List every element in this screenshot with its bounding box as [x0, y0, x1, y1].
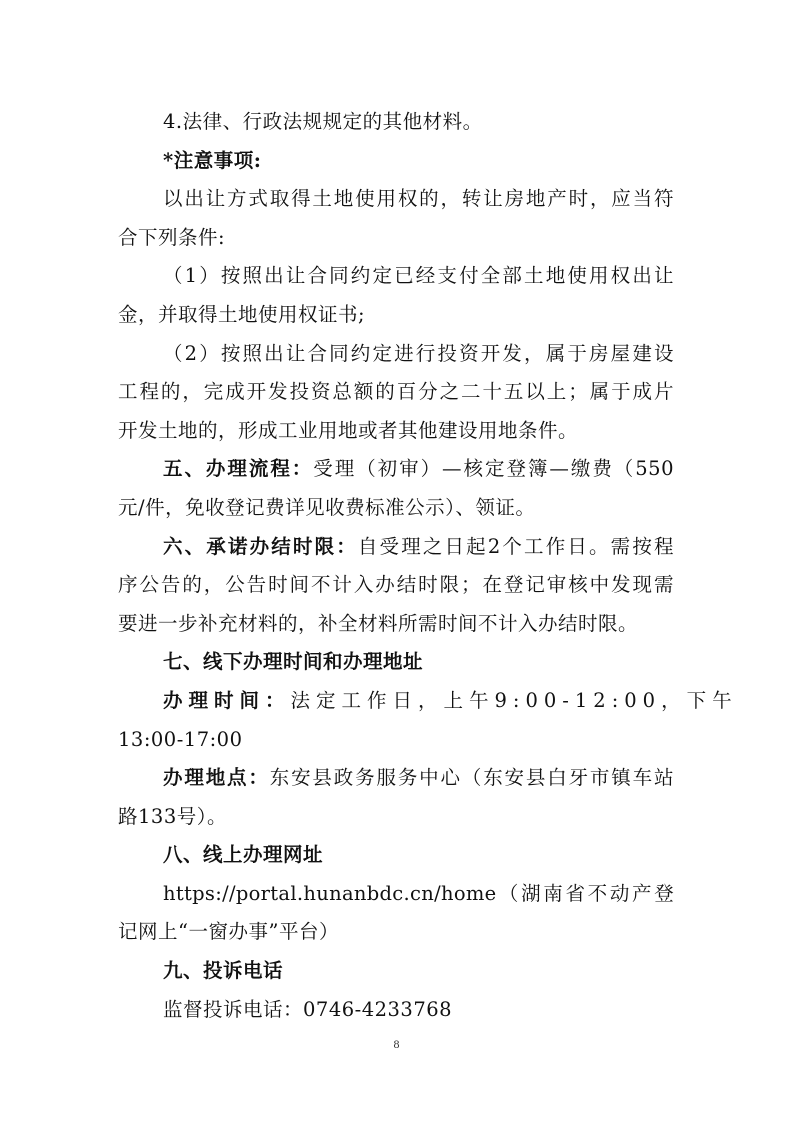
- notice-title: *注意事项:: [118, 142, 674, 181]
- section6-deadline: 自受理之日起2个工作日。需按程: [358, 535, 674, 558]
- online-url-line1: https://portal.hunanbdc.cn/home（湖南省不动产登: [118, 875, 674, 914]
- section8-heading: 八、线上办理网址: [118, 836, 674, 875]
- notice-intro-line2: 合下列条件:: [118, 219, 674, 258]
- office-hours-label: 办理时间：: [163, 689, 291, 712]
- complaint-phone: 监督投诉电话：0746-4233768: [118, 991, 674, 1030]
- section6-line2: 序公告的，公告时间不计入办结时限；在登记审核中发现需: [118, 566, 674, 605]
- material-item-4: 4.法律、行政法规规定的其他材料。: [118, 103, 674, 142]
- office-address-label: 办理地点：: [163, 766, 270, 789]
- section9-heading: 九、投诉电话: [118, 952, 674, 991]
- office-hours-line1: 办理时间：法定工作日，上午9:00-12:00，下午: [118, 682, 674, 721]
- office-hours-value: 法定工作日，上午9:00-12:00，下午: [291, 689, 738, 712]
- condition-2-line1: （2）按照出让合同约定进行投资开发，属于房屋建设: [118, 335, 674, 374]
- notice-intro-line1: 以出让方式取得土地使用权的，转让房地产时，应当符: [118, 180, 674, 219]
- condition-2-line2: 工程的，完成开发投资总额的百分之二十五以上；属于成片: [118, 373, 674, 412]
- section5-process: 受理（初审）—核定登簿—缴费（550: [313, 457, 674, 480]
- office-address-line2: 路133号）。: [118, 798, 674, 837]
- document-body: 4.法律、行政法规规定的其他材料。 *注意事项: 以出让方式取得土地使用权的，转…: [118, 103, 674, 1029]
- section5-heading: 五、办理流程：: [163, 457, 313, 480]
- section6-line3: 要进一步补充材料的，补全材料所需时间不计入办结时限。: [118, 605, 674, 644]
- condition-1-line1: （1）按照出让合同约定已经支付全部土地使用权出让: [118, 257, 674, 296]
- section7-heading: 七、线下办理时间和办理地址: [118, 643, 674, 682]
- section5-line1: 五、办理流程：受理（初审）—核定登簿—缴费（550: [118, 450, 674, 489]
- condition-2-line3: 开发土地的，形成工业用地或者其他建设用地条件。: [118, 412, 674, 451]
- condition-1-line2: 金，并取得土地使用权证书;: [118, 296, 674, 335]
- office-address-value: 东安县政务服务中心（东安县白牙市镇车站: [270, 766, 674, 789]
- online-url-line2: 记网上“一窗办事”平台）: [118, 913, 674, 952]
- section6-heading: 六、承诺办结时限：: [163, 535, 358, 558]
- section6-line1: 六、承诺办结时限：自受理之日起2个工作日。需按程: [118, 528, 674, 567]
- office-hours-line2: 13:00-17:00: [118, 721, 674, 760]
- section5-line2: 元/件，免收登记费详见收费标准公示）、领证。: [118, 489, 674, 528]
- office-address-line1: 办理地点：东安县政务服务中心（东安县白牙市镇车站: [118, 759, 674, 798]
- page-number: 8: [0, 1037, 793, 1052]
